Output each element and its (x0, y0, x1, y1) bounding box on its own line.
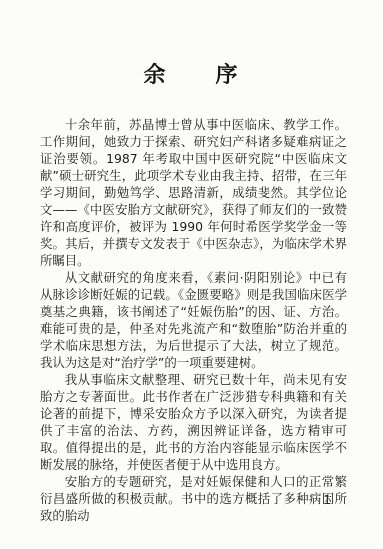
book-page: 余 序 十余年前，苏晶博士曾从事中医临床、教学工作。工作期间，她致力于探索、研究… (0, 0, 383, 549)
page-title: 余 序 (0, 0, 383, 89)
paragraph: 安胎方的专题研究，是对妊娠保健和人口的正常繁衍昌盛所做的积极贡献。书中的选方概括… (40, 473, 347, 524)
paragraph: 十余年前，苏晶博士曾从事中医临床、教学工作。工作期间，她致力于探索、研究妇产科诸… (40, 116, 347, 269)
page-number: 1 (323, 493, 331, 507)
preface-body: 十余年前，苏晶博士曾从事中医临床、教学工作。工作期间，她致力于探索、研究妇产科诸… (40, 116, 347, 524)
paragraph: 我从事临床文献整理、研究已数十年，尚未见有安胎方之专著面世。此书作者在广泛涉猎专… (40, 371, 347, 473)
paragraph: 从文献研究的角度来看，《素问·阴阳别论》中已有从脉诊诊断妊娠的记载。《金匮要略》… (40, 269, 347, 371)
